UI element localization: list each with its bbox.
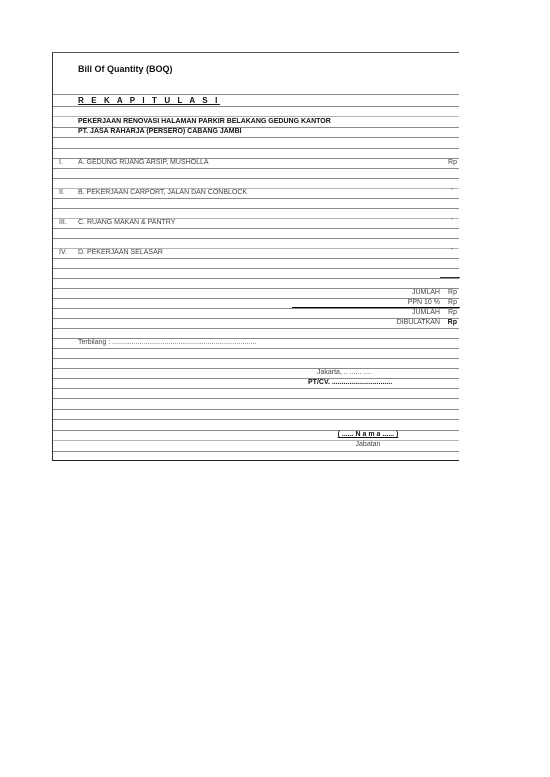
row-divider bbox=[53, 238, 459, 239]
row-divider bbox=[53, 398, 459, 399]
row-divider bbox=[53, 106, 459, 107]
signatory-position: Jabatan bbox=[313, 440, 423, 449]
company-name: PT/CV. ............................... bbox=[308, 378, 392, 387]
tax-currency: Rp bbox=[448, 298, 457, 307]
rounded-total-label: DIBULATKAN bbox=[397, 318, 440, 327]
boq-recap-sheet: Bill Of Quantity (BOQ) R E K A P I T U L… bbox=[52, 52, 459, 461]
row-divider bbox=[53, 94, 459, 95]
project-name: PEKERJAAN RENOVASI HALAMAN PARKIR BELAKA… bbox=[78, 117, 331, 126]
ditto-mark: " bbox=[451, 217, 453, 226]
row-divider bbox=[53, 348, 459, 349]
row-divider bbox=[53, 258, 459, 259]
place-date: Jakarta, .. ...... .... bbox=[317, 368, 371, 377]
row-divider bbox=[53, 278, 459, 279]
row-divider bbox=[53, 358, 459, 359]
ditto-mark: " bbox=[451, 247, 453, 256]
signatory-name: ( ...... N a m a ...... ) bbox=[313, 430, 423, 439]
row-divider bbox=[53, 409, 459, 410]
item-label: C. RUANG MAKAN & PANTRY bbox=[78, 218, 175, 227]
ditto-mark: " bbox=[451, 187, 453, 196]
item-number: I. bbox=[59, 158, 63, 167]
tax-label: PPN 10 % bbox=[408, 298, 440, 307]
row-divider bbox=[53, 208, 459, 209]
item-number: II. bbox=[59, 188, 65, 197]
total-currency: Rp bbox=[448, 288, 457, 297]
sum-underline bbox=[440, 277, 460, 278]
row-divider bbox=[53, 178, 459, 179]
row-divider bbox=[53, 148, 459, 149]
row-divider bbox=[53, 228, 459, 229]
rounded-total-currency: Rp bbox=[448, 318, 457, 327]
row-divider bbox=[53, 198, 459, 199]
row-divider bbox=[53, 308, 459, 309]
item-label: B. PEKERJAAN CARPORT, JALAN DAN CONBLOCK bbox=[78, 188, 247, 197]
row-divider bbox=[53, 288, 459, 289]
item-number: III. bbox=[59, 218, 67, 227]
row-divider bbox=[53, 298, 459, 299]
row-divider bbox=[53, 268, 459, 269]
item-label: A. GEDUNG RUANG ARSIP, MUSHOLLA bbox=[78, 158, 209, 167]
row-divider bbox=[53, 388, 459, 389]
row-divider bbox=[53, 378, 459, 379]
row-divider bbox=[53, 328, 459, 329]
row-divider bbox=[53, 368, 459, 369]
row-divider bbox=[53, 168, 459, 169]
total-label: JUMLAH bbox=[412, 288, 440, 297]
grand-total-label: JUMLAH bbox=[412, 308, 440, 317]
item-number: IV. bbox=[59, 248, 67, 257]
row-divider bbox=[53, 419, 459, 420]
item-label: D. PEKERJAAN SELASAR bbox=[78, 248, 163, 257]
amount-in-words: Terbilang : ............................… bbox=[78, 338, 256, 347]
document-title: Bill Of Quantity (BOQ) bbox=[78, 65, 173, 74]
section-heading: R E K A P I T U L A S I bbox=[78, 96, 220, 105]
grand-total-currency: Rp bbox=[448, 308, 457, 317]
item-currency: Rp bbox=[448, 158, 457, 167]
project-client: PT. JASA RAHARJA (PERSERO) CABANG JAMBI bbox=[78, 127, 242, 136]
row-divider bbox=[53, 451, 459, 452]
row-divider bbox=[53, 137, 459, 138]
